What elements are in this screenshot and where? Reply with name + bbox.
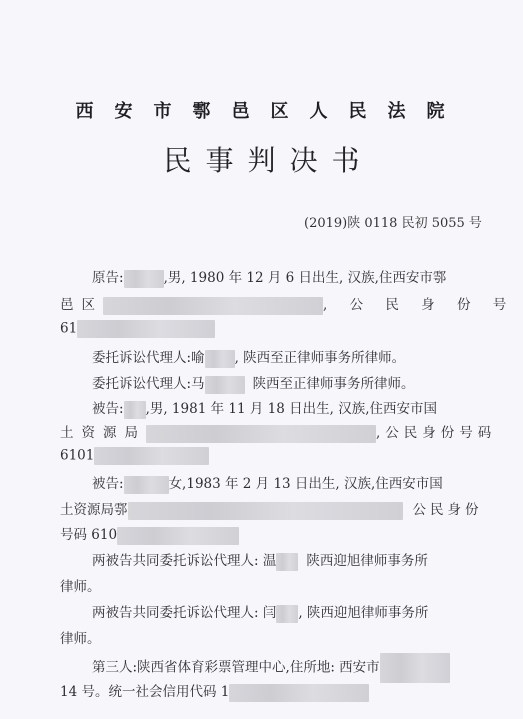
third-party-line-2: 14 号。统一社会信用代码 1 (60, 680, 369, 702)
plaintiff-line-2: 邑区, 公 民 身 份 号 码 (60, 293, 523, 315)
joint-agent-2-cont: 律师。 (60, 627, 101, 647)
joint-agent-1-cont: 律师。 (60, 575, 101, 595)
defendant1-line-2: 土资源局,公民身份号码 (60, 421, 496, 443)
plaintiff-line-1: 原告:,男, 1980 年 12 月 6 日出生, 汉族,住西安市鄠 (92, 266, 446, 288)
plaintiff-line-3: 61 (60, 320, 215, 338)
joint-agent-2: 两被告共同委托诉讼代理人: 闫, 陕西迎旭律师事务所 (92, 601, 428, 623)
redacted-address (380, 653, 450, 683)
defendant2-line-1: 被告:女,1983 年 2 月 13 日出生, 汉族,住西安市国 (92, 472, 443, 494)
redacted-name (205, 376, 245, 394)
defendant2-line-3: 号码 610 (60, 523, 239, 545)
plaintiff-agent-1: 委托诉讼代理人:喻, 陕西至正律师事务所律师。 (92, 346, 405, 368)
redacted-id-number (117, 527, 239, 545)
joint-agent-1: 两被告共同委托诉讼代理人: 温陕西迎旭律师事务所 (92, 549, 428, 571)
court-name: 西安市鄠邑区人民法院 (0, 97, 523, 123)
redacted-address (146, 425, 376, 443)
redacted-name (124, 476, 169, 494)
redacted-name (124, 401, 146, 419)
redacted-name (276, 605, 298, 623)
redacted-name (205, 350, 235, 368)
defendant1-line-3: 6101 (60, 447, 209, 465)
redacted-name (124, 270, 164, 288)
defendant2-line-2: 土资源局鄠公民身份 (60, 498, 483, 520)
redacted-name (276, 553, 298, 571)
judgment-document: 西安市鄠邑区人民法院 民事判决书 (2019)陕 0118 民初 5055 号 … (0, 0, 523, 719)
defendant1-line-1: 被告:,男, 1981 年 11 月 18 日出生, 汉族,住西安市国 (92, 397, 437, 419)
redacted-address (103, 297, 323, 315)
redacted-credit-code (229, 684, 369, 702)
redacted-address (128, 502, 403, 520)
redacted-id-number (94, 447, 209, 465)
third-party-line-1: 第三人:陕西省体育彩票管理中心,住所地: 西安市 (92, 653, 450, 683)
redacted-id-number (77, 320, 215, 338)
case-number: (2019)陕 0118 民初 5055 号 (304, 212, 482, 231)
plaintiff-agent-2: 委托诉讼代理人:马陕西至正律师事务所律师。 (92, 372, 415, 394)
document-type-title: 民事判决书 (0, 139, 523, 179)
